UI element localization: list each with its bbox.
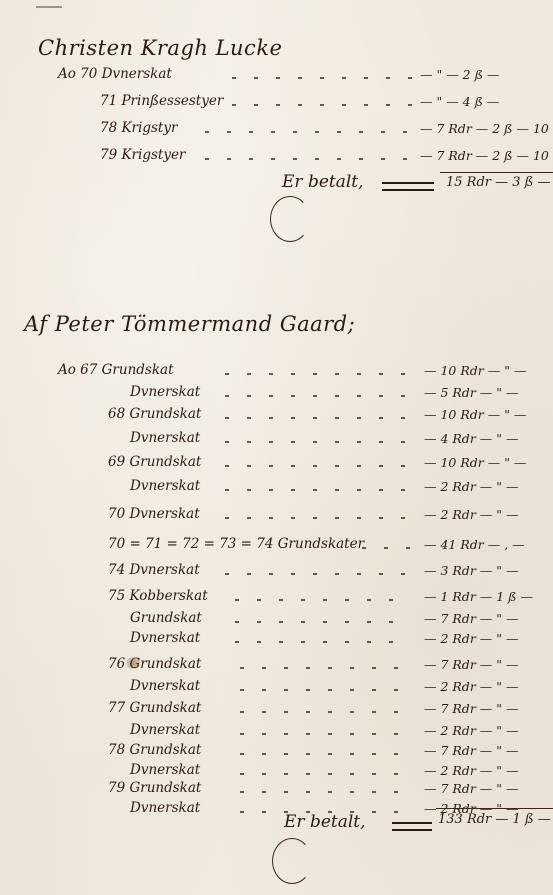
- ledger-row: Dvnerskat — 4 Rdr — " —: [0, 430, 553, 454]
- entry-amount: — 7 Rdr — " —: [424, 701, 518, 716]
- entry-label: 70 Dvnerskat: [108, 506, 200, 522]
- leader-dots: [205, 158, 410, 160]
- leader-dots: [240, 733, 410, 735]
- entry-amount: — 7 Rdr — " —: [424, 781, 518, 796]
- leader-dots: [232, 77, 412, 79]
- total-row: Er betalt, 133 Rdr — 1 ß — 20: [0, 810, 553, 840]
- entry-label: 78 Grundskat: [108, 742, 201, 758]
- entry-amount: — 2 Rdr — " —: [424, 507, 518, 522]
- entry-amount: — 2 Rdr — " —: [424, 763, 518, 778]
- leader-dots: [240, 753, 410, 755]
- ledger-row: 70 = 71 = 72 = 73 = 74 Grundskater — 41 …: [0, 536, 553, 560]
- ledger-row: 78 Krigstyr — 7 Rdr — 2 ß — 10: [0, 120, 553, 144]
- leader-dots: [235, 599, 410, 601]
- leader-dots: [235, 641, 410, 643]
- entry-label: 79 Krigstyer: [100, 147, 185, 163]
- leader-dots: [225, 373, 410, 375]
- entry-amount: — 2 Rdr — " —: [424, 479, 518, 494]
- leader-dots: [225, 395, 410, 397]
- leader-dots: [240, 711, 410, 713]
- entry-label: 75 Kobberskat: [108, 588, 208, 604]
- leader-dots: [225, 441, 410, 443]
- entry-amount: — 2 Rdr — " —: [424, 679, 518, 694]
- entry-amount: — 10 Rdr — " —: [424, 407, 526, 422]
- entry-label: 74 Dvnerskat: [108, 562, 200, 578]
- entry-label: Dvnerskat: [130, 630, 200, 646]
- ledger-row: Dvnerskat — 2 Rdr — " —: [0, 478, 553, 502]
- ledger-row: Dvnerskat — 2 Rdr — " —: [0, 678, 553, 702]
- entry-label: Grundskat: [130, 610, 202, 626]
- flourish-c: [270, 196, 310, 242]
- leader-dots: [240, 667, 410, 669]
- total-label: Er betalt,: [282, 172, 364, 192]
- entry-amount: — 5 Rdr — " —: [424, 385, 518, 400]
- entry-label: Dvnerskat: [130, 384, 200, 400]
- double-rule: [382, 182, 434, 191]
- entry-amount: — 10 Rdr — " —: [424, 363, 526, 378]
- leader-dots: [240, 773, 410, 775]
- entry-label: 77 Grundskat: [108, 700, 201, 716]
- leader-dots: [225, 517, 410, 519]
- leader-dots: [225, 465, 410, 467]
- entry-amount: — 41 Rdr — , —: [424, 537, 525, 552]
- leader-dots: [235, 621, 410, 623]
- section2-heading: Af Peter Tömmermand Gaard;: [24, 312, 355, 336]
- total-amount: 133 Rdr — 1 ß — 20: [438, 812, 553, 827]
- entry-label: 68 Grundskat: [108, 406, 201, 422]
- section1-heading: Christen Kragh Lucke: [38, 36, 282, 60]
- entry-amount: — 7 Rdr — " —: [424, 743, 518, 758]
- entry-label: 70 = 71 = 72 = 73 = 74 Grundskater: [108, 536, 364, 552]
- entry-label: Ao 70 Dvnerskat: [58, 66, 172, 82]
- entry-amount: — 7 Rdr — " —: [424, 611, 518, 626]
- leader-dots: [225, 489, 410, 491]
- ledger-row: 69 Grundskat — 10 Rdr — " —: [0, 454, 553, 478]
- entry-amount: — 2 Rdr — " —: [424, 631, 518, 646]
- entry-label: 78 Krigstyr: [100, 120, 177, 136]
- entry-label: 69 Grundskat: [108, 454, 201, 470]
- leader-dots: [205, 131, 410, 133]
- entry-amount: — 3 Rdr — " —: [424, 563, 518, 578]
- flourish-c: [272, 838, 312, 884]
- entry-label: Dvnerskat: [130, 430, 200, 446]
- entry-amount: — 7 Rdr — " —: [424, 657, 518, 672]
- leader-dots: [240, 689, 410, 691]
- entry-label: Dvnerskat: [130, 722, 200, 738]
- entry-amount: — " — 4 ß —: [420, 94, 499, 109]
- total-label: Er betalt,: [284, 812, 366, 832]
- ledger-row: Ao 67 Grundskat — 10 Rdr — " —: [0, 362, 553, 386]
- entry-label: Dvnerskat: [130, 478, 200, 494]
- entry-label: 71 Prinßessestyer: [100, 93, 223, 109]
- leader-dots: [232, 104, 412, 106]
- ledger-row: 70 Dvnerskat — 2 Rdr — " —: [0, 506, 553, 530]
- ledger-row: Ao 70 Dvnerskat — " — 2 ß —: [0, 66, 553, 90]
- entry-amount: — 7 Rdr — 2 ß — 10: [420, 121, 549, 136]
- sum-rule: [436, 808, 553, 809]
- entry-amount: — 2 Rdr — " —: [424, 723, 518, 738]
- total-row: Er betalt, 15 Rdr — 3 ß — 20: [0, 172, 553, 202]
- entry-amount: — 4 Rdr — " —: [424, 431, 518, 446]
- double-rule: [392, 822, 432, 831]
- entry-label: Dvnerskat: [130, 762, 200, 778]
- entry-label: 76 Grundskat: [108, 656, 201, 672]
- total-amount: 15 Rdr — 3 ß — 20: [446, 175, 553, 190]
- ledger-row: 77 Grundskat — 7 Rdr — " —: [0, 700, 553, 724]
- entry-amount: — 1 Rdr — 1 ß —: [424, 589, 533, 604]
- ledger-row: Dvnerskat — 2 Rdr — " —: [0, 630, 553, 654]
- entry-label: Ao 67 Grundskat: [58, 362, 174, 378]
- ink-stain: [126, 657, 140, 669]
- leader-dots: [240, 791, 410, 793]
- entry-amount: — 10 Rdr — " —: [424, 455, 526, 470]
- ledger-row: Dvnerskat — 5 Rdr — " —: [0, 384, 553, 408]
- ledger-page: Christen Kragh Lucke Ao 70 Dvnerskat — "…: [0, 0, 553, 895]
- leader-dots: [225, 573, 410, 575]
- ledger-row: 71 Prinßessestyer — " — 4 ß —: [0, 93, 553, 117]
- leader-dots: [225, 417, 410, 419]
- entry-label: 79 Grundskat: [108, 780, 201, 796]
- ledger-row: 74 Dvnerskat — 3 Rdr — " —: [0, 562, 553, 586]
- entry-amount: — " — 2 ß —: [420, 67, 499, 82]
- leader-dots: [362, 547, 412, 549]
- ledger-row: 76 Grundskat — 7 Rdr — " —: [0, 656, 553, 680]
- ledger-row: 68 Grundskat — 10 Rdr — " —: [0, 406, 553, 430]
- paper-edge-mark: [36, 6, 62, 8]
- ledger-row: 75 Kobberskat — 1 Rdr — 1 ß —: [0, 588, 553, 612]
- entry-label: Dvnerskat: [130, 678, 200, 694]
- entry-amount: — 7 Rdr — 2 ß — 10: [420, 148, 549, 163]
- ledger-row: 79 Krigstyer — 7 Rdr — 2 ß — 10: [0, 147, 553, 171]
